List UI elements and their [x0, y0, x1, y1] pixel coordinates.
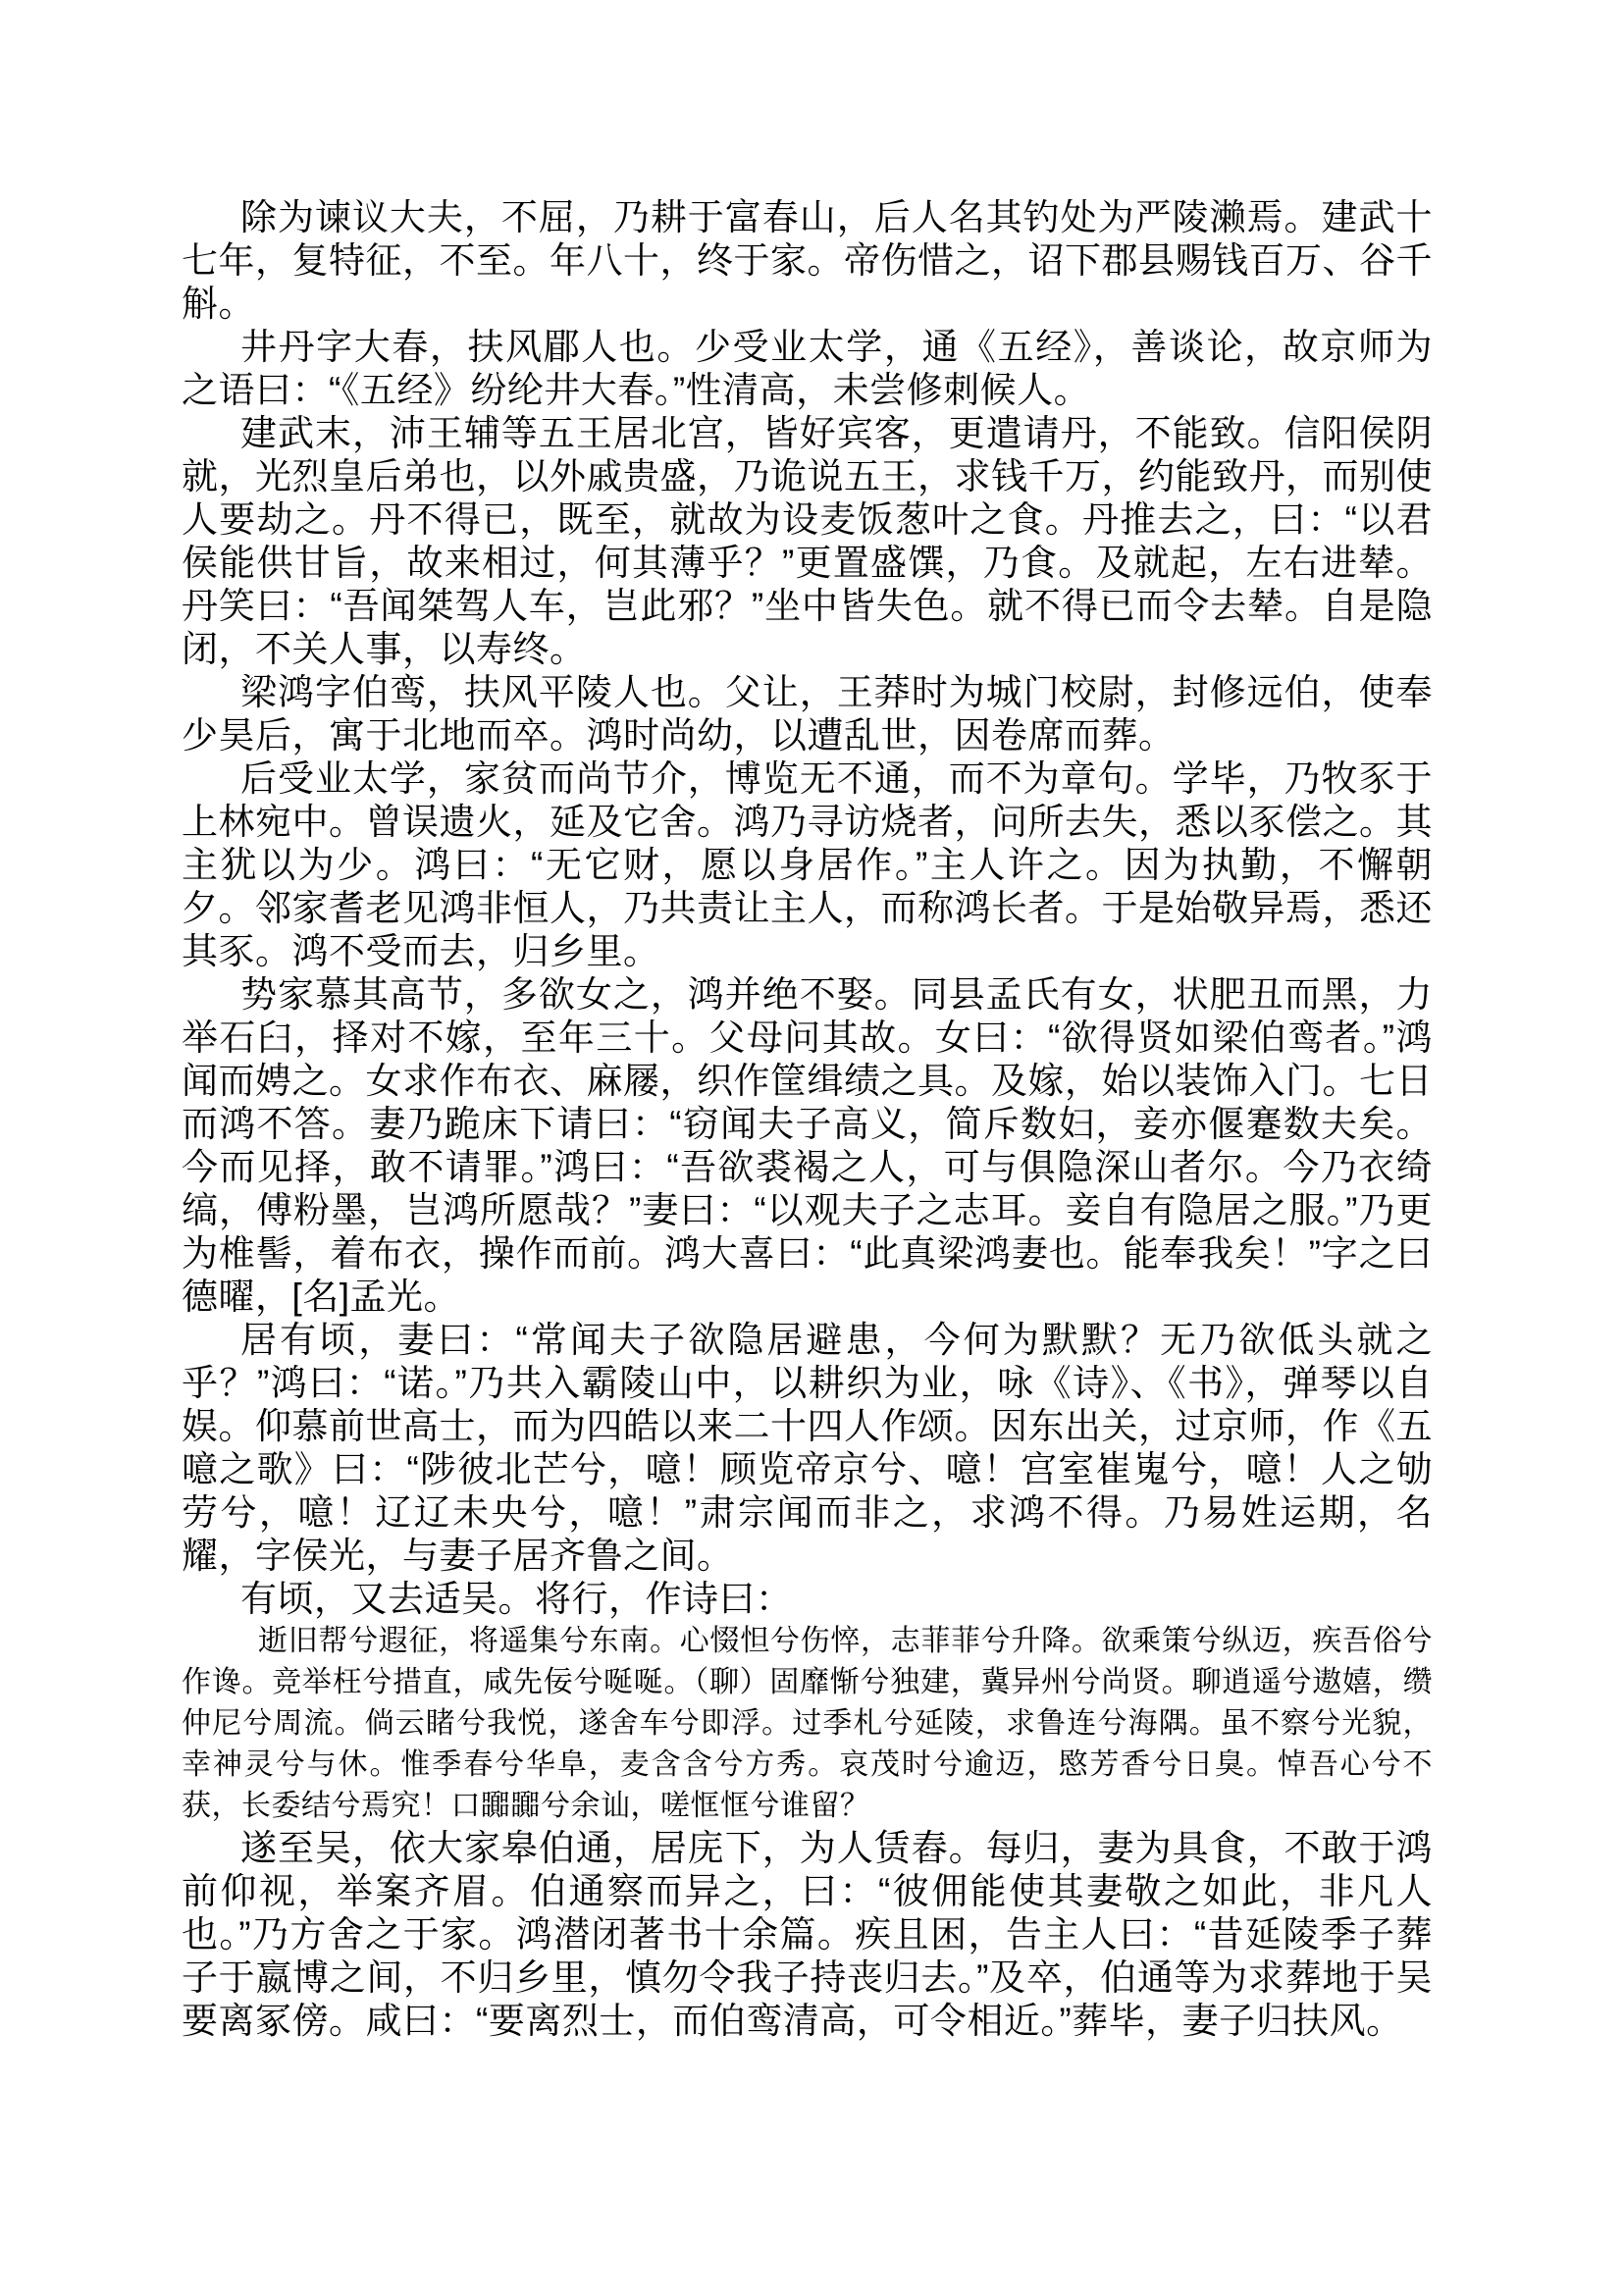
paragraph-lianghong-song: 居有顷，妻曰：“常闻夫子欲隐居避患，今何为默默？无乃欲低头就之乎？”鸿曰：“诺。… — [182, 1319, 1433, 1578]
paragraph-lianghong-marriage: 势家慕其高节，多欲女之，鸿并绝不娶。同县孟氏有女，状肥丑而黑，力举石臼，择对不嫁… — [182, 973, 1433, 1319]
paragraph-yanguang-end: 除为谏议大夫，不屈，乃耕于富春山，后人名其钓处为严陵濑焉。建武十七年，复特征，不… — [182, 196, 1433, 326]
paragraph-lianghong-study: 后受业太学，家贫而尚节介，博览无不通，而不为章句。学毕，乃牧豕于上林宛中。曾误遗… — [182, 757, 1433, 973]
paragraph-lianghong-wu: 遂至吴，依大家皋伯通，居庑下，为人赁舂。每归，妻为具食，不敢于鸿前仰视，举案齐眉… — [182, 1827, 1433, 2043]
document-page: 除为谏议大夫，不屈，乃耕于富春山，后人名其钓处为严陵濑焉。建武十七年，复特征，不… — [0, 0, 1624, 2294]
poem-block: 逝旧帮兮遐征，将遥集兮东南。心惙怛兮伤悴，志菲菲兮升降。欲乘策兮纵迈，疾吾俗兮作… — [182, 1621, 1433, 1827]
paragraph-jingdan-jianwu: 建武末，沛王辅等五王居北宫，皆好宾客，更遣请丹，不能致。信阳侯阴就，光烈皇后弟也… — [182, 412, 1433, 671]
paragraph-lianghong-intro: 梁鸿字伯鸾，扶风平陵人也。父让，王莽时为城门校尉，封修远伯，使奉少昊后，寓于北地… — [182, 671, 1433, 757]
paragraph-departure-lead-in: 有顷，又去适吴。将行，作诗曰： — [182, 1578, 1433, 1621]
paragraph-jingdan-intro: 井丹字大春，扶风郿人也。少受业太学，通《五经》，善谈论，故京师为之语曰：“《五经… — [182, 326, 1433, 412]
